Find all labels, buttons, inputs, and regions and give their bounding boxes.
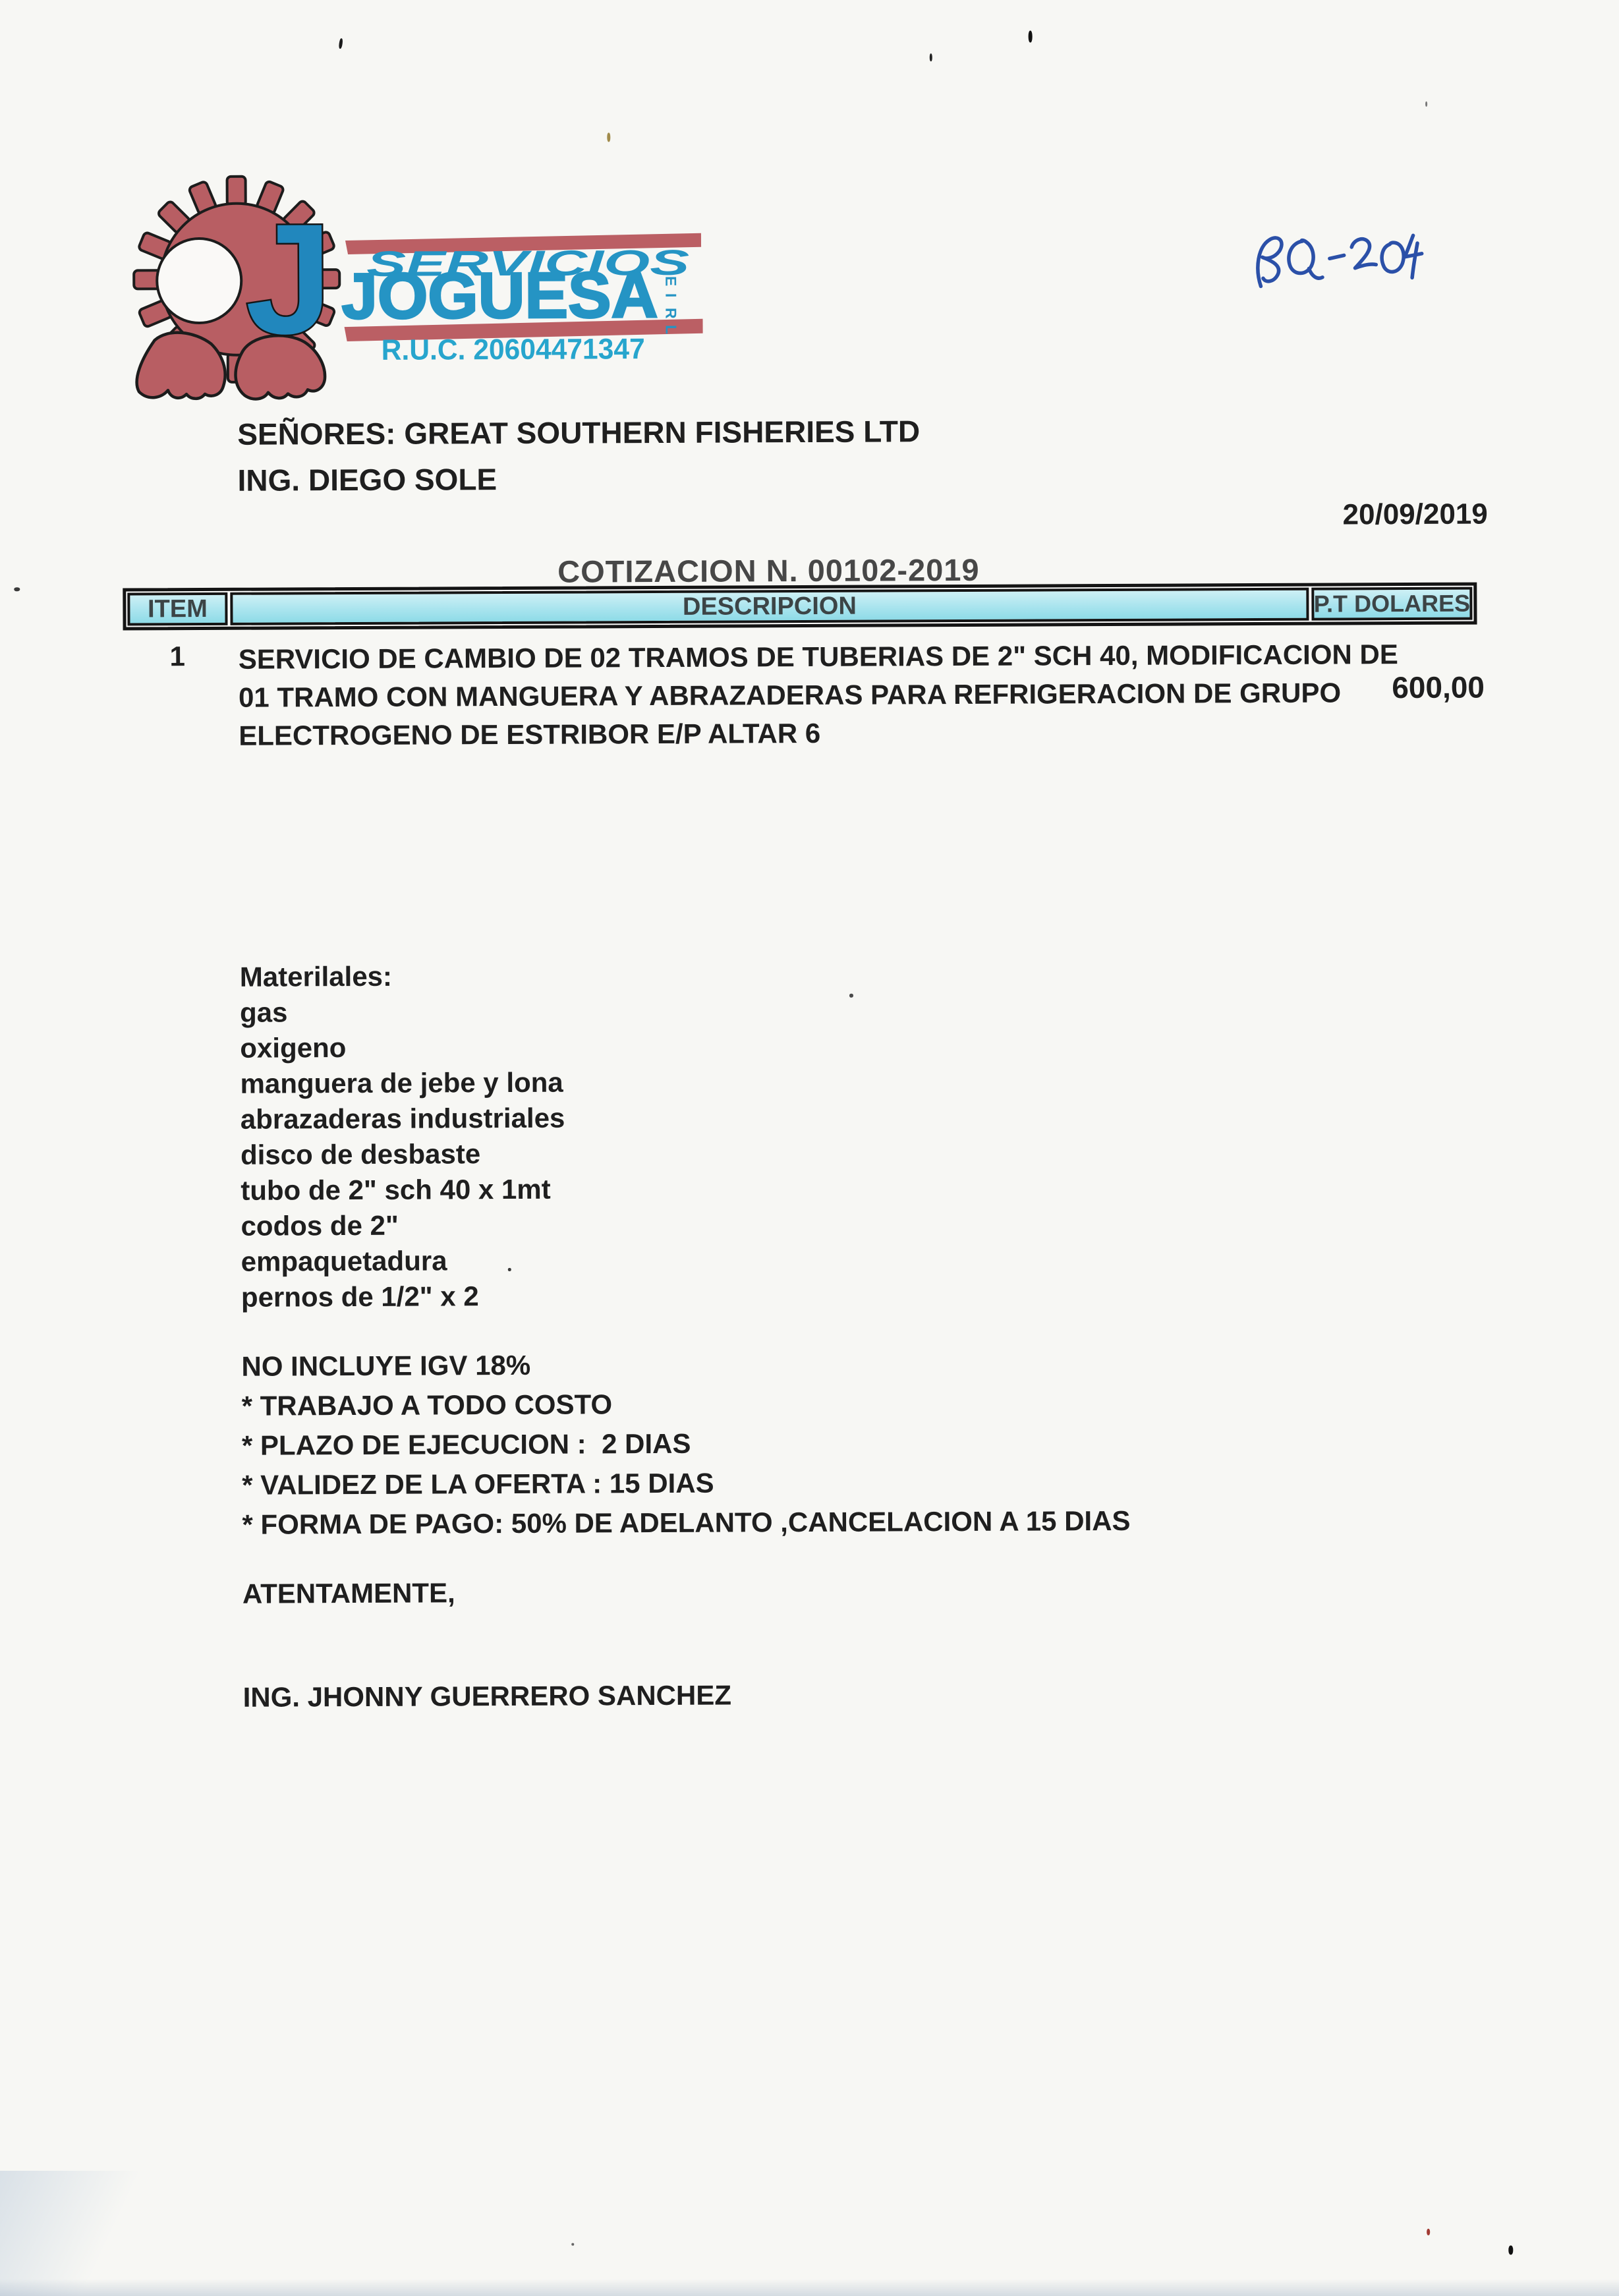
term-line: * TRABAJO A TODO COSTO <box>242 1383 1130 1426</box>
scan-speck <box>1029 31 1033 43</box>
logo-j-letter: J <box>245 192 333 367</box>
logo-joguesa: JOGUESA <box>341 258 658 332</box>
header-description: DESCRIPCION <box>230 588 1309 625</box>
recipient-line: SEÑORES: GREAT SOUTHERN FISHERIES LTD <box>237 413 920 452</box>
svg-text:L: L <box>663 325 680 334</box>
signature-name: ING. JHONNY GUERRERO SANCHEZ <box>243 1678 732 1715</box>
scan-speck <box>508 1268 511 1271</box>
scanner-bottom-edge <box>0 2279 1619 2296</box>
recipient-attn: ING. DIEGO SOLE <box>237 461 497 498</box>
gear-hole <box>157 239 242 324</box>
row-total-amount: 600,00 <box>1392 670 1485 706</box>
svg-text:E: E <box>662 276 679 286</box>
term-line: * FORMA DE PAGO: 50% DE ADELANTO ,CANCEL… <box>242 1501 1130 1545</box>
term-line: * VALIDEZ DE LA OFERTA : 15 DIAS <box>242 1462 1130 1505</box>
materials-heading: Materilales: <box>240 958 565 995</box>
logo-eirl: E I R L <box>662 276 679 334</box>
header-item: ITEM <box>127 592 227 626</box>
material-item: disco de desbaste <box>241 1136 565 1173</box>
term-line: NO INCLUYE IGV 18% <box>241 1343 1129 1387</box>
scan-speck <box>607 132 610 142</box>
scan-speck <box>14 587 20 591</box>
material-item: empaquetadura <box>241 1243 566 1280</box>
handwritten-note <box>1247 221 1440 304</box>
scan-speck <box>1425 101 1427 107</box>
material-item: oxigeno <box>240 1029 565 1066</box>
material-item: codos de 2" <box>241 1207 565 1244</box>
row-item-number: 1 <box>123 641 232 673</box>
scan-speck <box>849 994 853 998</box>
scan-speck <box>1508 2245 1513 2254</box>
closing-line: ATENTAMENTE, <box>242 1575 455 1611</box>
material-item: manguera de jebe y lona <box>240 1065 565 1102</box>
quotation-date: 20/09/2019 <box>1342 498 1487 531</box>
quotation-table-header: ITEM DESCRIPCION P.T DOLARES <box>123 583 1477 631</box>
svg-text:R: R <box>662 308 679 319</box>
logo-ruc: R.U.C. 20604471347 <box>382 333 645 366</box>
materials-section: Materilales: gas oxigeno manguera de jeb… <box>240 958 566 1315</box>
scan-speck <box>1427 2229 1430 2235</box>
handwriting-strokes <box>1257 232 1423 286</box>
company-logo: J SERVICIOS JOGUESA E I R L R.U.C. 20604… <box>114 165 708 445</box>
term-line: * PLAZO DE EJECUCION : 2 DIAS <box>242 1422 1130 1466</box>
header-total: P.T DOLARES <box>1311 587 1472 621</box>
terms-section: NO INCLUYE IGV 18% * TRABAJO A TODO COST… <box>241 1343 1130 1545</box>
material-item: gas <box>240 994 565 1031</box>
scanned-quotation-page: J SERVICIOS JOGUESA E I R L R.U.C. 20604… <box>0 0 1619 2296</box>
material-item: abrazaderas industriales <box>241 1101 565 1137</box>
description-line: SERVICIO DE CAMBIO DE 02 TRAMOS DE TUBER… <box>239 635 1398 679</box>
description-line: ELECTROGENO DE ESTRIBOR E/P ALTAR 6 <box>239 712 1398 755</box>
scan-speck <box>930 53 932 61</box>
description-line: 01 TRAMO CON MANGUERA Y ABRAZADERAS PARA… <box>239 674 1398 717</box>
quotation-title: COTIZACION N. 00102-2019 <box>557 552 980 590</box>
scan-speck <box>571 2243 574 2246</box>
material-item: tubo de 2" sch 40 x 1mt <box>241 1172 565 1209</box>
material-item: pernos de 1/2" x 2 <box>241 1278 566 1315</box>
row-description: SERVICIO DE CAMBIO DE 02 TRAMOS DE TUBER… <box>239 635 1399 755</box>
svg-text:I: I <box>662 293 679 298</box>
scan-speck <box>339 38 343 49</box>
scanner-corner-shadow <box>0 2171 198 2296</box>
